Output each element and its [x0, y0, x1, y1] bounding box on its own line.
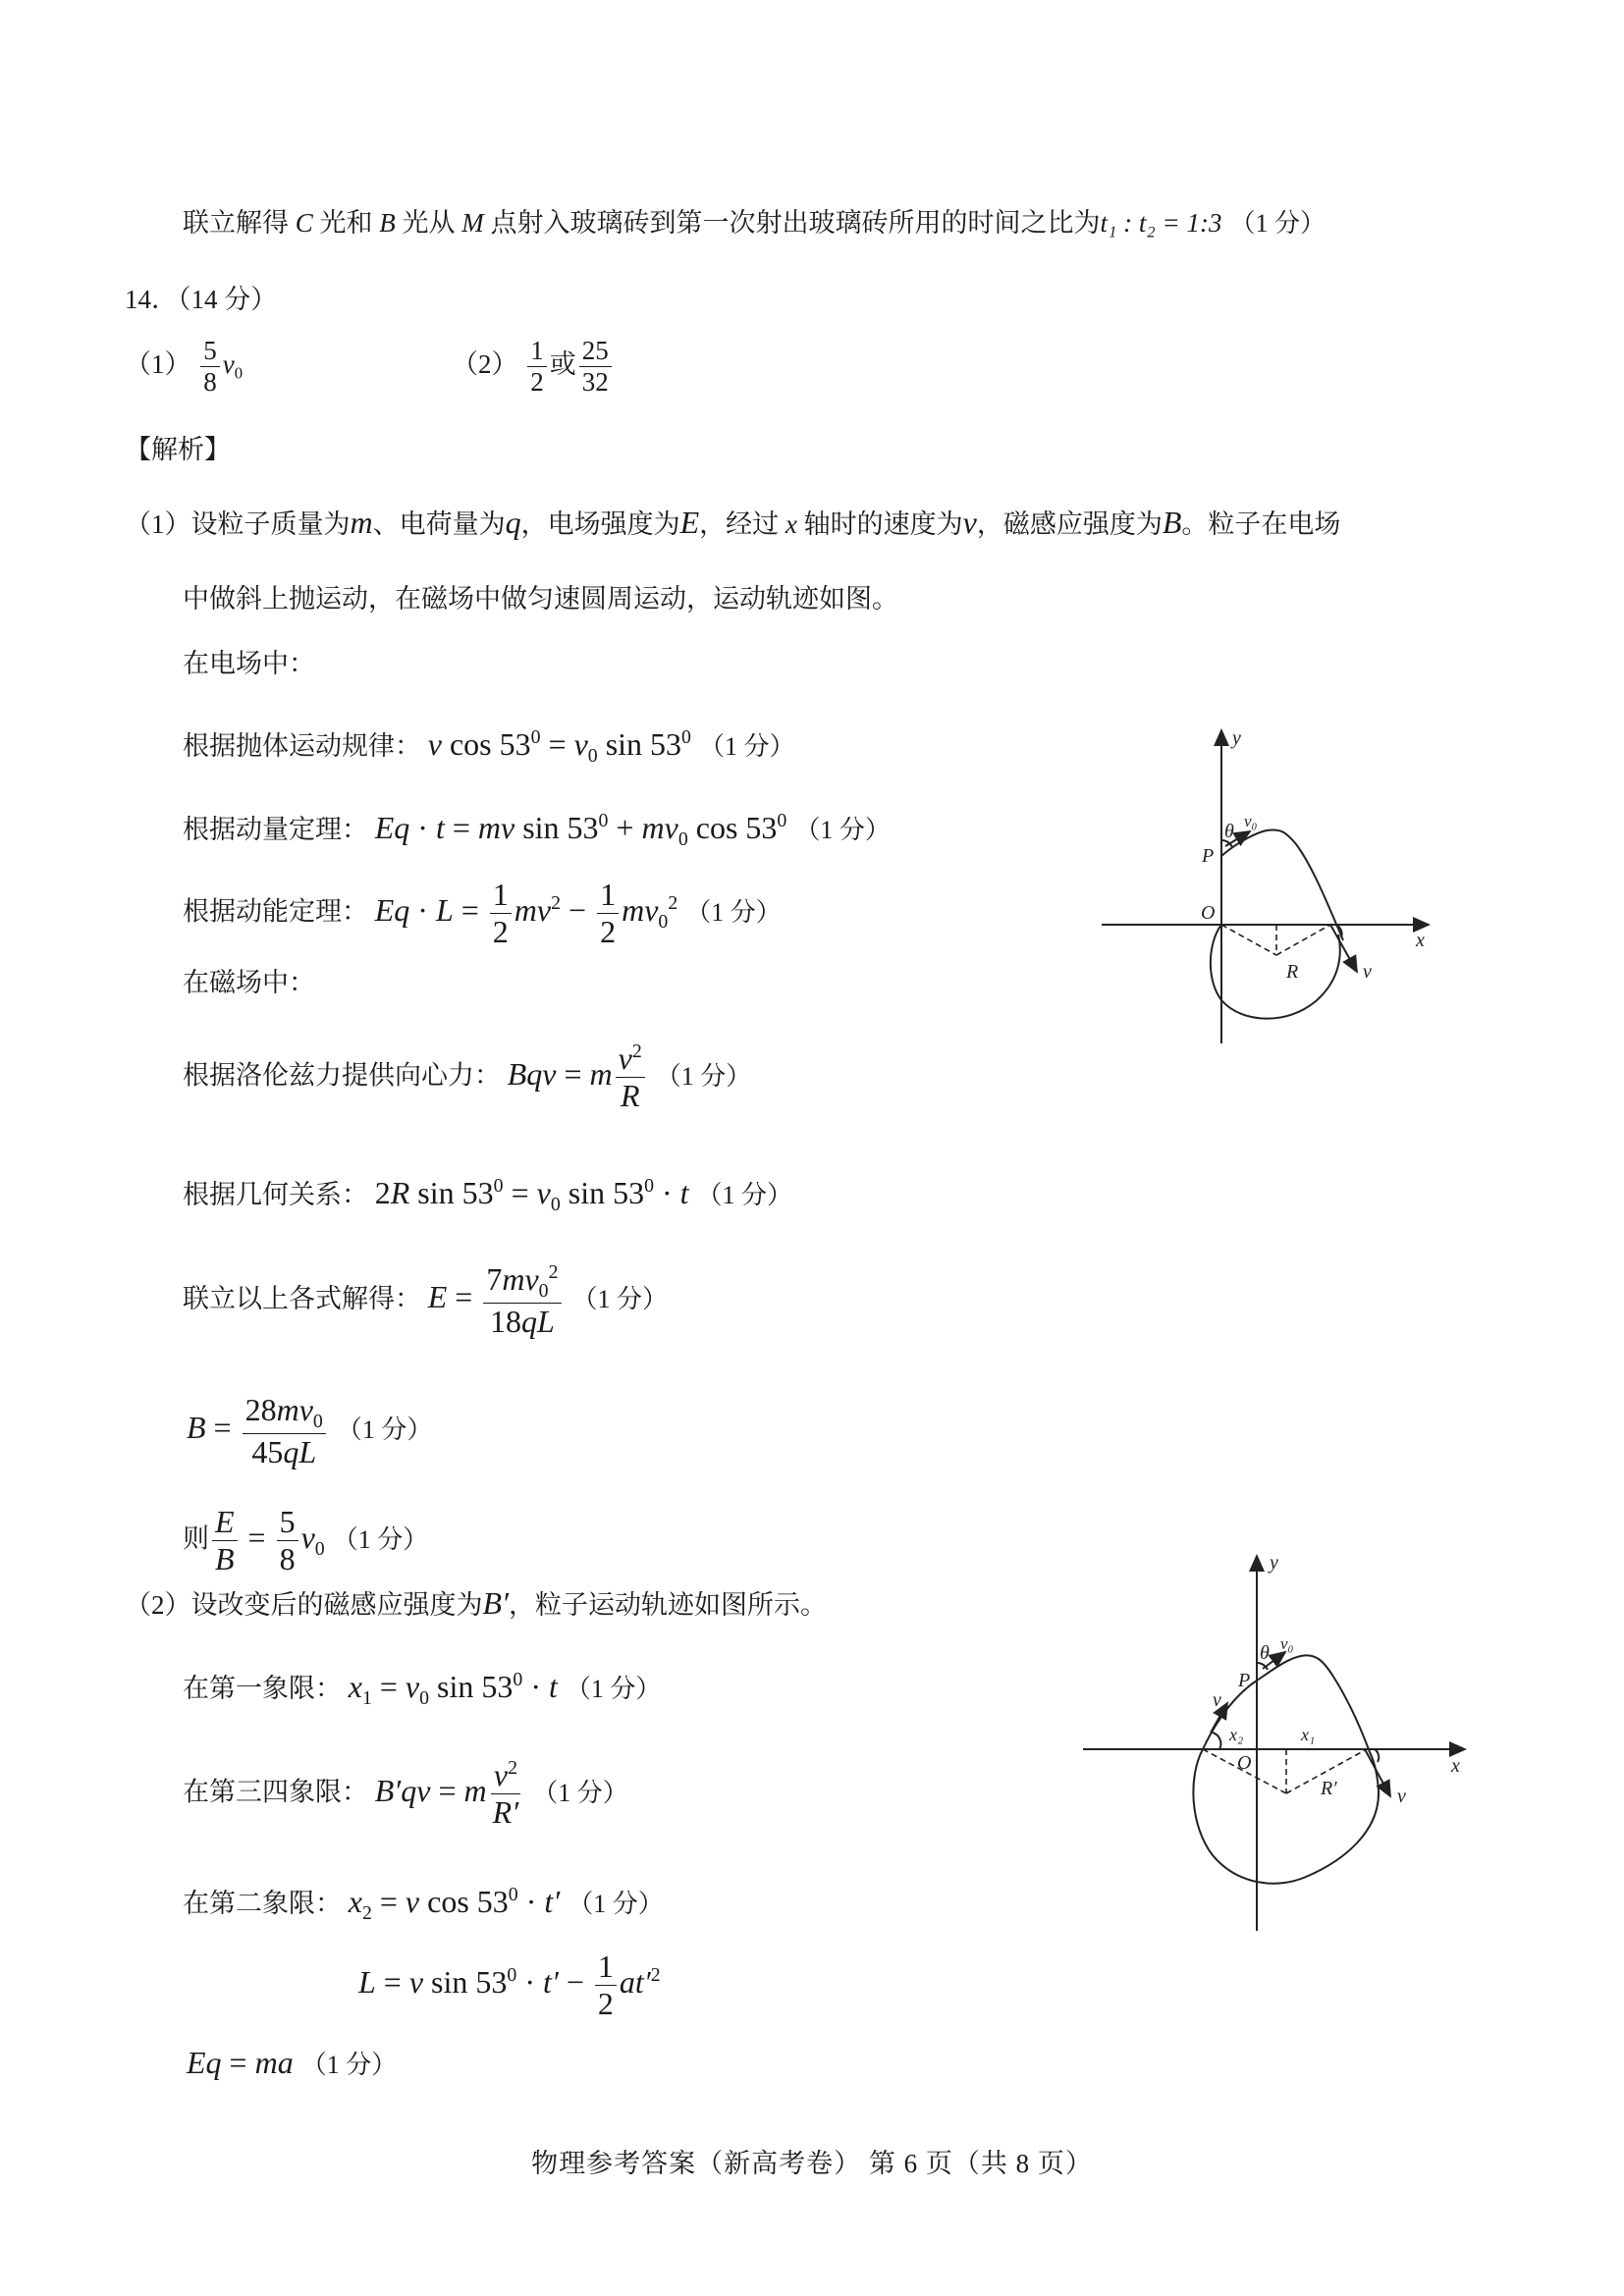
- question-number: 14．（14 分）: [125, 282, 277, 317]
- answer2-fraction-b: 2532: [579, 336, 612, 398]
- answers-row: （1） 58v0: [125, 336, 243, 398]
- x-label: x: [1415, 930, 1425, 951]
- origin-label: O: [1201, 902, 1215, 924]
- text: ，经过: [699, 509, 785, 539]
- text: 点射入玻璃砖到第一次射出玻璃砖所用的时间之比为: [484, 208, 1101, 238]
- magnetic-field-heading: 在磁场中：: [183, 965, 315, 1000]
- denominator: 2: [527, 367, 547, 398]
- y-label: y: [1230, 727, 1241, 749]
- equation-body: E = 7mv0218qL: [428, 1279, 565, 1314]
- answer2-label: （2）: [452, 349, 518, 379]
- text: ，电场强度为: [521, 509, 680, 539]
- equation-body: Eq = ma: [187, 2045, 294, 2080]
- text: 联立解得: [183, 208, 296, 238]
- or-text: 或: [550, 349, 576, 379]
- text: 、电荷量为: [373, 509, 506, 539]
- radius-line-left: [1221, 925, 1276, 955]
- score: （1 分）: [1230, 209, 1326, 238]
- part1-label: （1）: [125, 509, 191, 539]
- equation-ratio-result: 则EB = 58v0（1 分）: [183, 1504, 428, 1577]
- equation-displacement-L: L = v sin 530 · t′ − 12at′2: [358, 1949, 661, 2022]
- x-label: x: [1450, 1755, 1460, 1777]
- numerator: 25: [579, 336, 612, 367]
- exit-angle-arc: [1375, 1749, 1379, 1762]
- equation-quadrant34: 在第三四象限： B′qv = mv2R′（1 分）: [183, 1757, 628, 1831]
- analysis-heading: 【解析】: [125, 432, 231, 467]
- page-footer: 物理参考答案（新高考卷） 第 6 页（共 8 页）: [0, 2142, 1624, 2180]
- equation-label: 根据几何关系：: [183, 1180, 368, 1209]
- equation-quadrant2: 在第二象限： x2 = v cos 530 · t′（1 分）: [183, 1877, 664, 1931]
- P-label: P: [1237, 1670, 1250, 1691]
- var-v: v: [963, 505, 977, 540]
- radius-line-right: [1276, 925, 1330, 955]
- denominator: 8: [200, 367, 220, 398]
- equation-body: x2 = v cos 530 · t′: [349, 1884, 561, 1919]
- answer2-fraction-a: 12: [527, 336, 547, 398]
- equation-body: B′qv = mv2R′: [375, 1773, 524, 1808]
- equation-body: Bqv = mv2R: [508, 1056, 648, 1092]
- score: （1 分）: [301, 2051, 398, 2079]
- equation-projectile: 根据抛体运动规律： v cos 530 = v0 sin 530（1 分）: [183, 720, 794, 774]
- equation-momentum: 根据动量定理： Eq · t = mv sin 530 + mv0 cos 53…: [183, 803, 891, 857]
- score: （1 分）: [685, 898, 782, 927]
- v0-label: v₀: [1280, 1634, 1294, 1653]
- theta-arc: [1257, 1663, 1268, 1670]
- answers-row-2: （2） 12或2532: [452, 336, 615, 398]
- equation-body: EB = 58v0: [209, 1520, 325, 1555]
- part1-intro-cont: 中做斜上抛运动，在磁场中做匀速圆周运动，运动轨迹如图。: [183, 581, 898, 616]
- var-M: M: [461, 208, 484, 238]
- P-label: P: [1201, 845, 1214, 867]
- y-label: y: [1268, 1552, 1278, 1574]
- v-left-label: v: [1213, 1689, 1221, 1711]
- var-x: x: [785, 509, 797, 539]
- equation-kinetic-energy: 根据动能定理： Eq · L = 12mv2 − 12mv02（1 分）: [183, 877, 782, 950]
- trajectory-figure-1: y x O P θ v₀ R v: [1090, 717, 1463, 1070]
- R-prime-label: R′: [1320, 1778, 1337, 1799]
- var-B: B: [1163, 505, 1182, 540]
- equation-label: 根据动量定理：: [183, 815, 368, 844]
- score: （1 分）: [566, 1675, 662, 1703]
- part1-intro: （1）设粒子质量为m、电荷量为q，电场强度为E，经过 x 轴时的速度为v，磁感应…: [125, 505, 1340, 542]
- equation-label: 根据抛体运动规律：: [183, 731, 421, 761]
- score: （1 分）: [337, 1415, 433, 1444]
- text: 光和: [313, 208, 380, 238]
- then-text: 则: [183, 1524, 209, 1554]
- equation-quadrant1: 在第一象限： x1 = v0 sin 530 · t（1 分）: [183, 1662, 661, 1716]
- var-C: C: [296, 208, 313, 238]
- denominator: 32: [579, 367, 612, 398]
- var-m: m: [351, 505, 373, 540]
- numerator: 1: [527, 336, 547, 367]
- answer1-label: （1）: [125, 349, 191, 379]
- text: 。粒子在电场: [1181, 509, 1340, 539]
- part2-label: （2）: [125, 1590, 191, 1620]
- text: ，磁感应强度为: [977, 509, 1163, 539]
- score: （1 分）: [572, 1285, 669, 1313]
- v-right-label: v: [1397, 1786, 1406, 1807]
- score: （1 分）: [794, 816, 891, 844]
- x2-label: x₂: [1228, 1725, 1243, 1744]
- equation-body: x1 = v0 sin 530 · t: [349, 1669, 558, 1704]
- equation-E-result: 联立以上各式解得： E = 7mv0218qL（1 分）: [183, 1261, 668, 1340]
- answer1-fraction: 58: [200, 336, 220, 398]
- equation-label: 根据动能定理：: [183, 897, 368, 927]
- trajectory-figure-2: y x O P θ v₀ v v x₂ x₁ R′: [1080, 1551, 1492, 1963]
- equation-body: L = v sin 530 · t′ − 12at′2: [358, 1964, 661, 2000]
- var-B: B: [379, 208, 396, 238]
- var-q: q: [506, 505, 521, 540]
- equation-label: 联立以上各式解得：: [183, 1284, 421, 1313]
- equation-lorentz: 根据洛伦兹力提供向心力： Bqv = mv2R（1 分）: [183, 1041, 751, 1114]
- equation-body: Eq · t = mv sin 530 + mv0 cos 530: [375, 810, 787, 845]
- equation-label: 在第一象限：: [183, 1674, 342, 1703]
- text: 光从: [396, 208, 462, 238]
- equation-body: v cos 530 = v0 sin 530: [428, 726, 691, 762]
- subscript: 0: [235, 364, 243, 383]
- numerator: 5: [200, 336, 220, 367]
- equation-body: B = 28mv045qL: [187, 1410, 329, 1445]
- equation-B-result: B = 28mv045qL（1 分）: [187, 1392, 432, 1470]
- text: 设改变后的磁感应强度为: [191, 1590, 483, 1620]
- var-B-prime: B′: [483, 1585, 510, 1621]
- theta-label: θ: [1260, 1642, 1270, 1664]
- x1-label: x₁: [1300, 1725, 1315, 1744]
- equation-label: 根据洛伦兹力提供向心力：: [183, 1061, 501, 1091]
- electric-field-heading: 在电场中：: [183, 646, 315, 681]
- equation-body: 2R sin 530 = v0 sin 530 · t: [375, 1175, 689, 1210]
- text: 轴时的速度为: [797, 509, 963, 539]
- score: （1 分）: [568, 1890, 664, 1918]
- origin-label: O: [1237, 1752, 1251, 1774]
- score: （1 分）: [699, 732, 795, 761]
- equation-geometry: 根据几何关系： 2R sin 530 = v0 sin 530 · t（1 分）: [183, 1168, 792, 1222]
- time-ratio: t₁ : t₂ = 1:3: [1101, 208, 1222, 238]
- score: （1 分）: [333, 1525, 429, 1554]
- exit-velocity-arrow: [1330, 925, 1357, 972]
- v-label: v: [1363, 961, 1372, 983]
- equation-label: 在第三四象限：: [183, 1778, 368, 1807]
- equation-newton: Eq = ma（1 分）: [187, 2045, 397, 2083]
- text: 设粒子质量为: [191, 509, 351, 539]
- score: （1 分）: [532, 1779, 628, 1807]
- var-E: E: [680, 505, 700, 540]
- var-v: v: [223, 349, 235, 379]
- intro-conclusion-line: 联立解得 C 光和 B 光从 M 点射入玻璃砖到第一次射出玻璃砖所用的时间之比为…: [183, 205, 1326, 241]
- score: （1 分）: [656, 1062, 752, 1091]
- part2-intro: （2）设改变后的磁感应强度为B′，粒子运动轨迹如图所示。: [125, 1585, 827, 1623]
- score: （1 分）: [697, 1181, 793, 1209]
- theta-label: θ: [1224, 821, 1234, 842]
- R-label: R: [1285, 961, 1298, 983]
- text: ，粒子运动轨迹如图所示。: [509, 1590, 827, 1620]
- equation-body: Eq · L = 12mv2 − 12mv02: [375, 892, 677, 928]
- reentry-angle-arc: [1213, 1733, 1220, 1749]
- magnetic-circle: [1211, 925, 1340, 1019]
- v0-label: v₀: [1244, 812, 1258, 830]
- equation-label: 在第二象限：: [183, 1889, 342, 1918]
